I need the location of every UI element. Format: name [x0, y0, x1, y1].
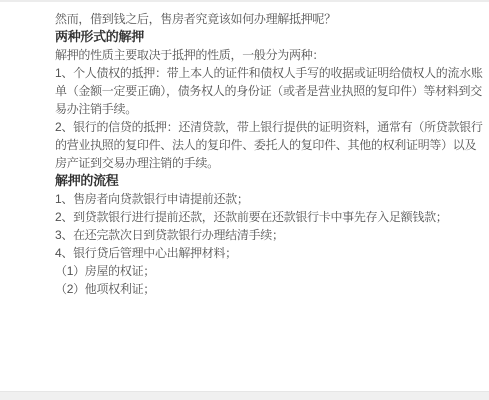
process-step-2: 2、到贷款银行进行提前还款，还款前要在还款银行卡中事先存入足额钱款；	[55, 208, 484, 226]
top-divider	[0, 0, 489, 2]
page-bottom-strip	[0, 391, 489, 400]
forms-lead-paragraph: 解押的性质主要取决于抵押的性质，一般分为两种：	[55, 46, 484, 64]
process-substep-2: （2）他项权利证；	[55, 280, 484, 298]
article-page: 然而，借到钱之后，售房者究竟该如何办理解抵押呢？ 两种形式的解押 解押的性质主要…	[0, 0, 489, 400]
form-item-personal-debt: 1、个人债权的抵押：带上本人的证件和债权人手写的收据或证明给债权人的流水账单（金…	[55, 64, 484, 118]
process-step-1: 1、售房者向贷款银行申请提前还款；	[55, 190, 484, 208]
intro-paragraph: 然而，借到钱之后，售房者究竟该如何办理解抵押呢？	[55, 10, 484, 28]
process-step-4: 4、银行贷后管理中心出解押材料；	[55, 244, 484, 262]
section-heading-process: 解押的流程	[55, 172, 484, 190]
process-substep-1: （1）房屋的权证；	[55, 262, 484, 280]
process-step-3: 3、在还完款次日到贷款银行办理结清手续；	[55, 226, 484, 244]
section-heading-forms: 两种形式的解押	[55, 28, 484, 46]
form-item-bank-credit: 2、银行的信贷的抵押：还清贷款，带上银行提供的证明资料，通常有（所贷款银行的营业…	[55, 118, 484, 172]
article-body: 然而，借到钱之后，售房者究竟该如何办理解抵押呢？ 两种形式的解押 解押的性质主要…	[55, 10, 484, 298]
